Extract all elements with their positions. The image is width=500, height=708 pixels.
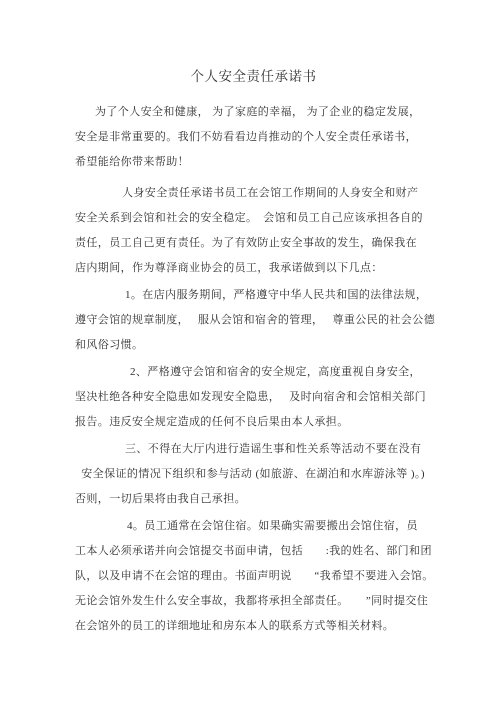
paragraph: 2、严格遵守会馆和宿舍的安全规定，高度重视自身安全，坚决杜绝各种安全隐患如发现安… [75,360,432,435]
paragraph: 4。员工通常在会馆住宿。如果确实需要搬出会馆住宿，员工本人必须承诺并向会馆提交书… [75,514,432,639]
text-line: 三、不得在大厅内进行造谣生事和性关系等活动不要在没有 [75,437,432,462]
text-line: 责任，员工自己更有责任。为了有效防止安全事故的发生，确保我在 [75,231,432,256]
text-line: 否则，一切后果将由我自己承担。 [75,487,432,512]
paragraph: 为了个人安全和健康， 为了家庭的幸福， 为了企业的稳定发展，安全是非常重要的。我… [75,100,432,175]
paragraph: 人身安全责任承诺书员工在会馆工作期间的人身安全和财产安全关系到会馆和社会的安全稳… [75,181,432,281]
text-line: 和风俗习惯。 [75,333,432,358]
text-line: 1。在店内服务期间，严格遵守中华人民共和国的法律法规， [75,283,432,308]
text-line: 店内期间，作为尊泽商业协会的员工，我承诺做到以下几点： [75,256,432,281]
document-body: 为了个人安全和健康， 为了家庭的幸福， 为了企业的稳定发展，安全是非常重要的。我… [75,100,432,639]
text-line: 报告。违反安全规定造成的任何不良后果由本人承担。 [75,410,432,435]
paragraph: 三、不得在大厅内进行造谣生事和性关系等活动不要在没有 安全保证的情况下组织和参与… [75,437,432,512]
text-line: 队，以及申请不在会馆的理由。书面声明说 “我希望不要进入会馆。 [75,564,432,589]
text-line: 安全保证的情况下组织和参与活动 (如旅游、在湖泊和水库游泳等 )。) [75,462,432,487]
text-line: 安全关系到会馆和社会的安全稳定。 会馆和员工自己应该承担各自的 [75,206,432,231]
text-line: 4。员工通常在会馆住宿。如果确实需要搬出会馆住宿，员 [75,514,432,539]
text-line: 2、严格遵守会馆和宿舍的安全规定，高度重视自身安全， [75,360,432,385]
text-line: 在会馆外的员工的详细地址和房东本人的联系方式等相关材料。 [75,614,432,639]
text-line: 安全是非常重要的。我们不妨看看边肖推动的个人安全责任承诺书， [75,125,432,150]
paragraph: 1。在店内服务期间，严格遵守中华人民共和国的法律法规，遵守会馆的规章制度， 服从… [75,283,432,358]
text-line: 为了个人安全和健康， 为了家庭的幸福， 为了企业的稳定发展， [75,100,432,125]
text-line: 人身安全责任承诺书员工在会馆工作期间的人身安全和财产 [75,181,432,206]
text-line: 无论会馆外发生什么安全事故，我都将承担全部责任。 ”同时提交住 [75,589,432,614]
text-line: 遵守会馆的规章制度， 服从会馆和宿舍的管理， 尊重公民的社会公德 [75,308,432,333]
document-title: 个人安全责任承诺书 [75,67,432,87]
text-line: 希望能给你带来帮助！ [75,150,432,175]
text-line: 工本人必须承诺并向会馆提交书面申请，包括 :我的姓名、部门和团 [75,539,432,564]
document-page: 个人安全责任承诺书 为了个人安全和健康， 为了家庭的幸福， 为了企业的稳定发展，… [0,0,500,708]
text-line: 坚决杜绝各种安全隐患如发现安全隐患， 及时向宿舍和会馆相关部门 [75,385,432,410]
